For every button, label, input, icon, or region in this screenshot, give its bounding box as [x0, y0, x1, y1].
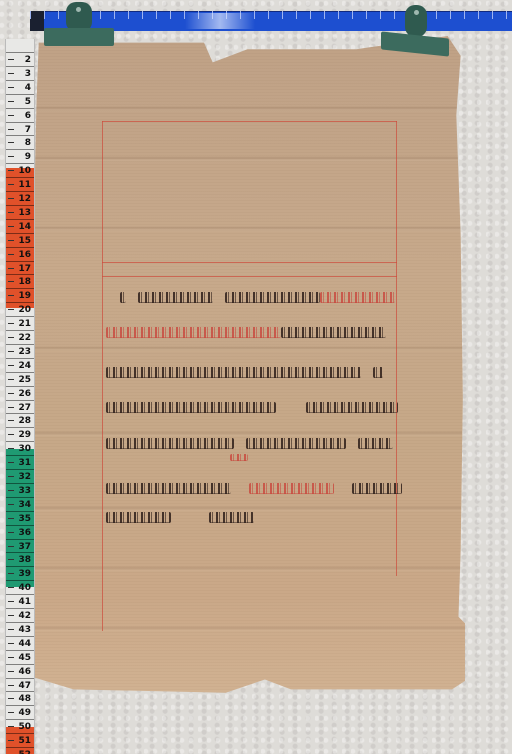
left-binder-clip — [44, 2, 114, 47]
tape-mark: 48 — [6, 691, 34, 705]
measuring-tape: 2345678910111213141516171819202122232425… — [5, 39, 35, 754]
tape-mark: 43 — [6, 622, 34, 636]
tape-mark: 51 — [6, 733, 34, 747]
tape-mark: 3 — [6, 66, 34, 80]
tape-mark: 45 — [6, 650, 34, 664]
tape-mark: 5 — [6, 94, 34, 108]
tape-mark: 6 — [6, 108, 34, 122]
tape-mark: 12 — [6, 191, 34, 205]
tape-mark: 36 — [6, 525, 34, 539]
tape-mark: 46 — [6, 664, 34, 678]
ruling-top — [102, 121, 397, 122]
ruler-glare — [185, 13, 255, 29]
tape-mark: 38 — [6, 552, 34, 566]
tape-mark: 21 — [6, 316, 34, 330]
tape-mark: 16 — [6, 247, 34, 261]
tape-mark: 39 — [6, 566, 34, 580]
paper-fold — [30, 346, 465, 352]
tape-mark: 15 — [6, 233, 34, 247]
tape-mark: 40 — [6, 580, 34, 594]
tape-mark: 20 — [6, 302, 34, 316]
tape-mark: 44 — [6, 636, 34, 650]
tape-mark: 50 — [6, 719, 34, 733]
tape-mark: 34 — [6, 497, 34, 511]
tape-mark: 49 — [6, 705, 34, 719]
tape-mark: 13 — [6, 205, 34, 219]
tape-mark: 42 — [6, 608, 34, 622]
tape-mark: 11 — [6, 177, 34, 191]
paper-fold — [30, 106, 465, 112]
paper-fold — [30, 626, 465, 632]
tape-mark: 29 — [6, 427, 34, 441]
tape-mark: 9 — [6, 149, 34, 163]
tape-mark: 18 — [6, 274, 34, 288]
tape-mark: 4 — [6, 80, 34, 94]
tape-mark: 32 — [6, 469, 34, 483]
tape-mark: 10 — [6, 163, 34, 177]
tape-mark: 17 — [6, 261, 34, 275]
tape-mark: 47 — [6, 678, 34, 692]
tape-mark: 23 — [6, 344, 34, 358]
tape-mark: 14 — [6, 219, 34, 233]
tape-mark: 22 — [6, 330, 34, 344]
tape-mark: 19 — [6, 288, 34, 302]
tape-mark: 35 — [6, 511, 34, 525]
manuscript-line-6 — [106, 479, 402, 497]
tape-mark: 25 — [6, 372, 34, 386]
ruling-header — [102, 262, 397, 263]
paper-fold — [30, 566, 465, 572]
paper-fold — [30, 156, 465, 162]
manuscript-line-5 — [106, 434, 393, 452]
tape-mark: 30 — [6, 441, 34, 455]
tape-mark: 31 — [6, 455, 34, 469]
paper-fold — [30, 226, 465, 232]
manuscript-line-2 — [106, 323, 386, 341]
tape-mark: 52 — [6, 747, 34, 754]
tape-mark: 37 — [6, 539, 34, 553]
ruling-header-2 — [102, 276, 397, 277]
tape-mark: 41 — [6, 594, 34, 608]
manuscript-line-7 — [106, 508, 254, 526]
tape-mark: 26 — [6, 386, 34, 400]
manuscript-line-4 — [106, 398, 398, 416]
ruling-right — [396, 121, 397, 576]
red-annotation — [230, 450, 248, 468]
manuscript-paper — [30, 36, 465, 696]
tape-mark: 8 — [6, 135, 34, 149]
tape-mark: 24 — [6, 358, 34, 372]
tape-mark: 7 — [6, 122, 34, 136]
manuscript-line-3 — [106, 363, 383, 381]
ruling-left — [102, 121, 103, 631]
tape-mark: 33 — [6, 483, 34, 497]
tape-mark: 28 — [6, 413, 34, 427]
tape-mark: 27 — [6, 400, 34, 414]
right-binder-clip — [381, 5, 449, 55]
manuscript-line-1 — [120, 288, 395, 306]
tape-mark: 2 — [6, 52, 34, 66]
